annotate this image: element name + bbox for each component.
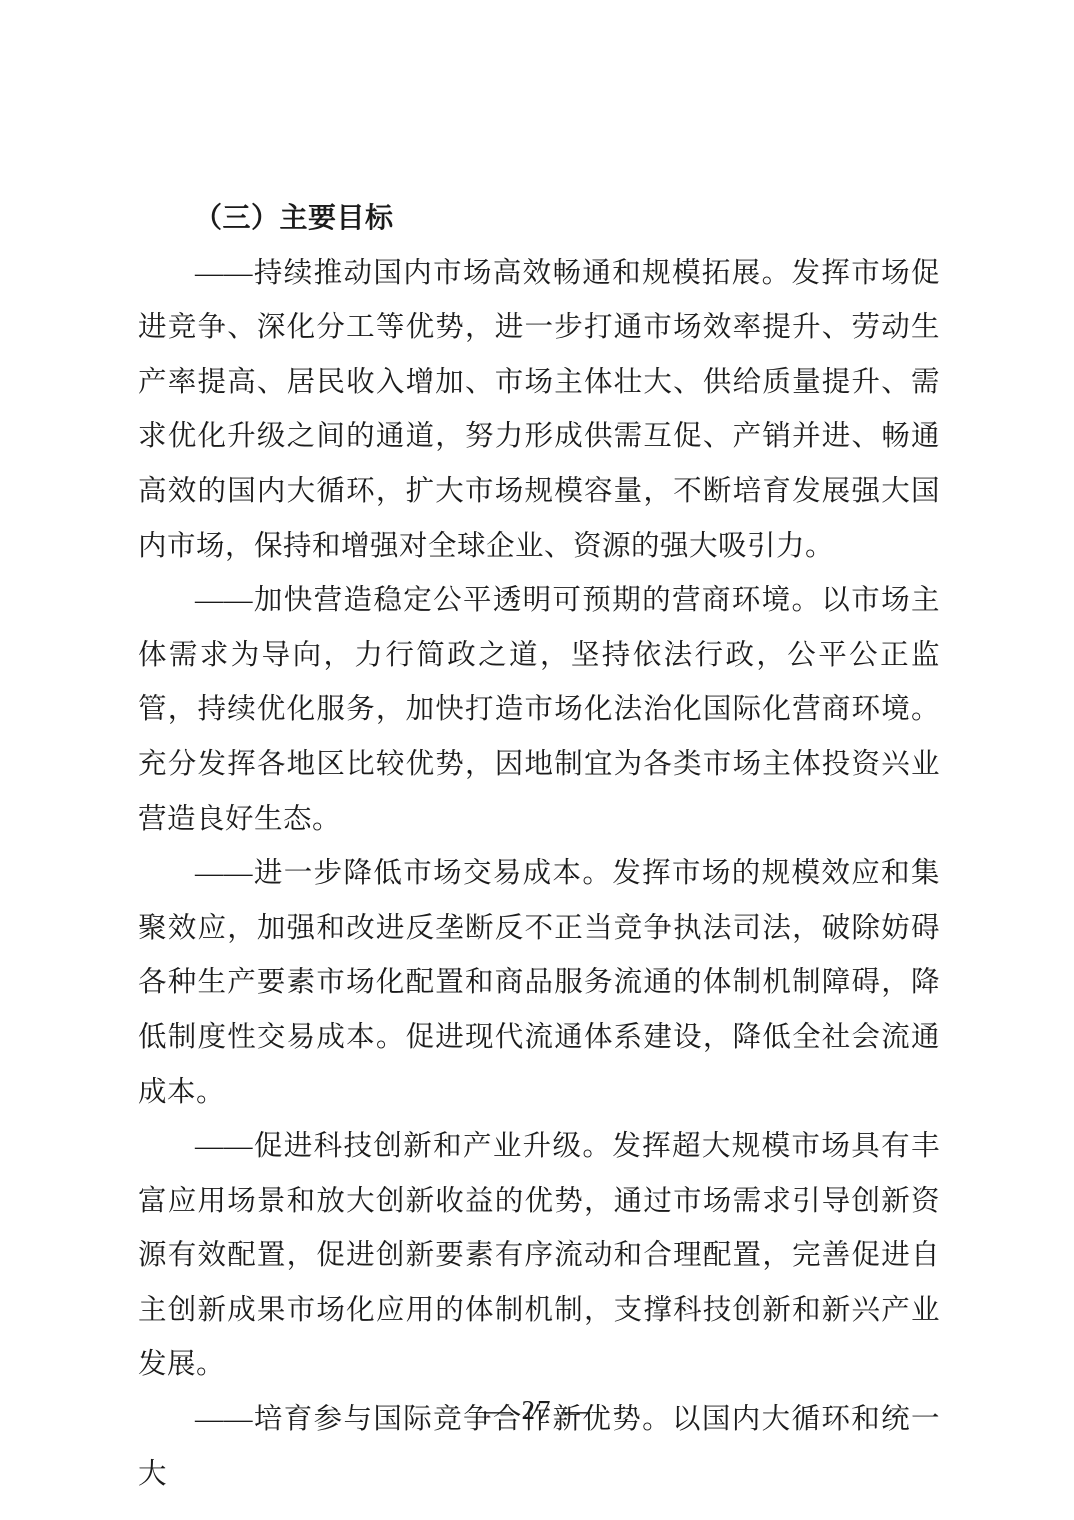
paragraph-body-text: 发挥市场的规模效应和集聚效应，加强和改进反垄断反不正当竞争执法司法，破除妨碍各种… — [138, 858, 940, 1107]
paragraph: ——促进科技创新和产业升级。发挥超大规模市场具有丰富应用场景和放大创新收益的优势… — [138, 1120, 940, 1393]
paragraph-body-text: 以市场主体需求为导向，力行简政之道，坚持依法行政，公平公正监管，持续优化服务，加… — [138, 585, 940, 834]
document-page: （三）主要目标 ——持续推动国内市场高效畅通和规模拓展。发挥市场促进竞争、深化分… — [0, 0, 1074, 1520]
paragraph-lead-sentence: ——进一步降低市场交易成本。 — [195, 858, 612, 889]
document-body: （三）主要目标 ——持续推动国内市场高效畅通和规模拓展。发挥市场促进竞争、深化分… — [138, 192, 940, 1502]
paragraph: ——进一步降低市场交易成本。发挥市场的规模效应和集聚效应，加强和改进反垄断反不正… — [138, 847, 940, 1120]
paragraph: ——加快营造稳定公平透明可预期的营商环境。以市场主体需求为导向，力行简政之道，坚… — [138, 574, 940, 847]
page-number: — 27 — — [0, 1392, 1074, 1428]
paragraph-lead-sentence: ——促进科技创新和产业升级。 — [195, 1131, 612, 1162]
paragraph: ——持续推动国内市场高效畅通和规模拓展。发挥市场促进竞争、深化分工等优势，进一步… — [138, 247, 940, 575]
paragraph-body-text: 发挥超大规模市场具有丰富应用场景和放大创新收益的优势，通过市场需求引导创新资源有… — [138, 1131, 940, 1380]
paragraph-lead-sentence: ——加快营造稳定公平透明可预期的营商环境。 — [195, 585, 821, 616]
paragraph-lead-sentence: ——持续推动国内市场高效畅通和规模拓展。 — [195, 258, 792, 289]
paragraph-body-text: 发挥市场促进竞争、深化分工等优势，进一步打通市场效率提升、劳动生产率提高、居民收… — [138, 258, 940, 562]
paragraph-list: ——持续推动国内市场高效畅通和规模拓展。发挥市场促进竞争、深化分工等优势，进一步… — [138, 247, 940, 1503]
section-heading: （三）主要目标 — [138, 192, 940, 247]
